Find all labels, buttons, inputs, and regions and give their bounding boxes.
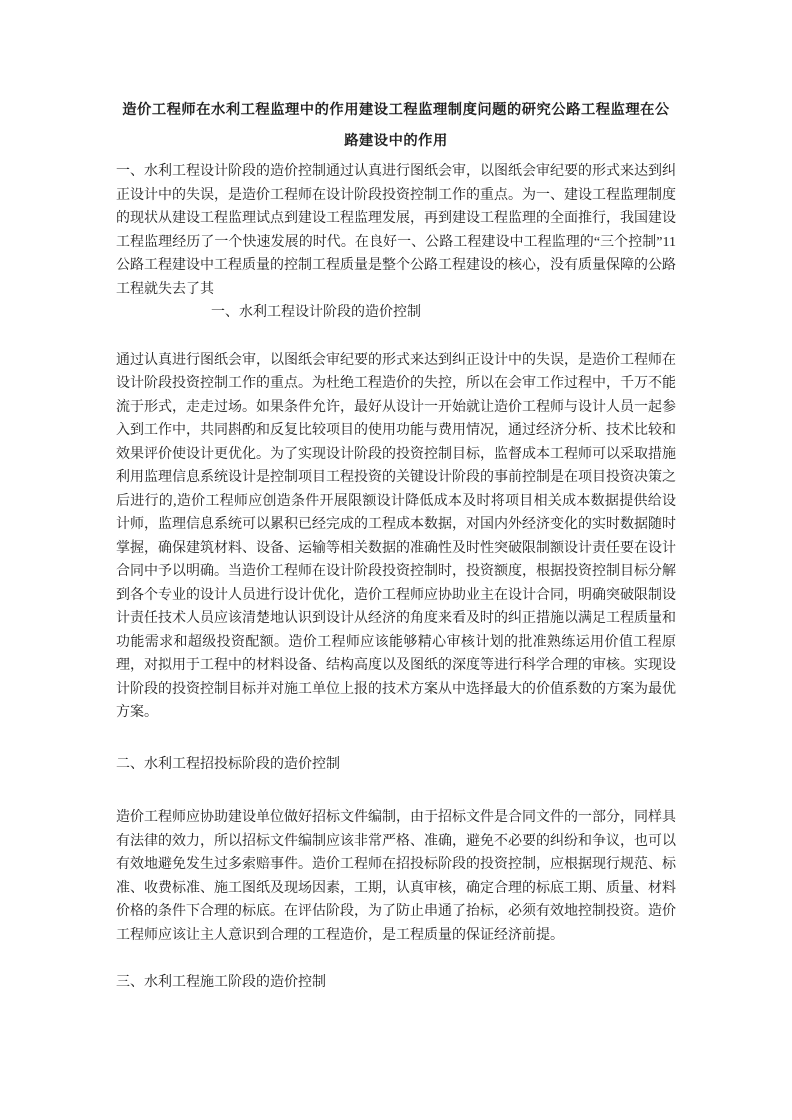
section-3-heading: 三、水利工程施工阶段的造价控制 bbox=[116, 971, 676, 995]
section-1-heading: 一、水利工程设计阶段的造价控制 bbox=[116, 301, 676, 325]
intro-paragraph: 一、水利工程设计阶段的造价控制通过认真进行图纸会审，以图纸会审纪要的形式来达到纠… bbox=[116, 160, 676, 301]
section-2-body: 造价工程师应协助建设单位做好招标文件编制，由于招标文件是合同文件的一部分，同样具… bbox=[116, 806, 676, 947]
document-title: 造价工程师在水利工程监理中的作用建设工程监理制度问题的研究公路工程监理在公路建设… bbox=[116, 95, 676, 157]
section-2-heading: 二、水利工程招投标阶段的造价控制 bbox=[116, 753, 676, 777]
section-1-body: 通过认真进行图纸会审，以图纸会审纪要的形式来达到纠正设计中的失误，是造价工程师在… bbox=[116, 349, 676, 725]
document-page: 造价工程师在水利工程监理中的作用建设工程监理制度问题的研究公路工程监理在公路建设… bbox=[0, 0, 792, 1120]
